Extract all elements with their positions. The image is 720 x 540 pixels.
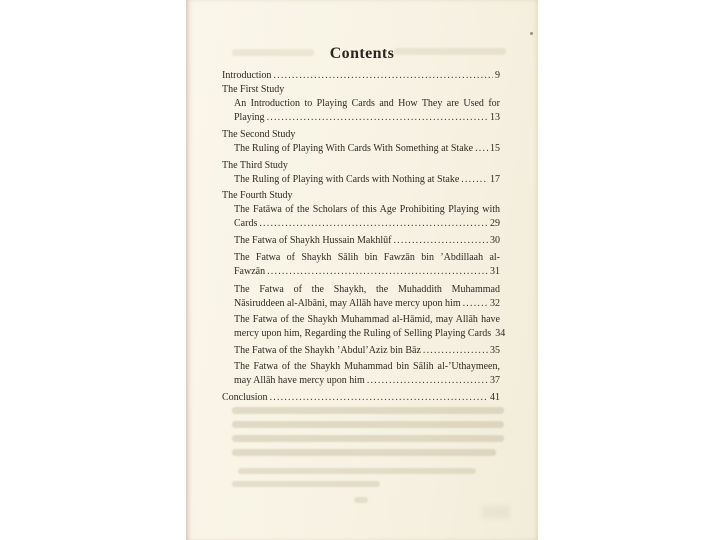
toc-line-albani: Nāsiruddeen al-Albāni, may Allāh have me… <box>222 297 500 311</box>
book-page: Contents Introduction 9 The First Study … <box>186 0 538 540</box>
toc-text: mercy upon him, Regarding the Ruling of … <box>234 327 491 341</box>
page-number: 17 <box>490 173 500 187</box>
scan-speck <box>530 32 533 35</box>
toc-text-wrap: An Introduction to Playing Cards and How… <box>222 97 500 111</box>
toc-text-wrap: The Fatwa of the Shaykh Muhammad bin Sāl… <box>222 360 500 374</box>
toc-line-makhluf: The Fatwa of Shaykh Hussain Makhlūf 30 <box>222 234 500 248</box>
dot-leader <box>367 374 488 388</box>
dot-leader <box>259 217 488 231</box>
ghost-text-line <box>232 481 380 487</box>
toc-text: Nāsiruddeen al-Albāni, may Allāh have me… <box>234 297 461 311</box>
ghost-text-line <box>232 435 504 442</box>
ghost-page-number <box>354 497 368 503</box>
page-number: 32 <box>490 297 500 311</box>
page-number: 9 <box>495 69 500 83</box>
page-number: 31 <box>490 265 500 279</box>
toc-text: The Ruling of Playing With Cards With So… <box>234 142 473 156</box>
toc-text: Fawzān <box>234 265 265 279</box>
toc-text: Conclusion <box>222 391 268 405</box>
page-number: 34 <box>495 327 505 341</box>
toc-heading-fourth-study: The Fourth Study <box>222 189 500 203</box>
toc-line-nothing-at-stake: The Ruling of Playing with Cards with No… <box>222 173 500 187</box>
toc-text: Introduction <box>222 69 271 83</box>
toc-heading-third-study: The Third Study <box>222 159 500 173</box>
toc-line-introduction: Introduction 9 <box>222 69 500 83</box>
toc-text-wrap: The Fatwa of the Shaykh Muhammad al-Hāmi… <box>222 313 500 327</box>
toc-line-fawzan: Fawzān 31 <box>222 265 500 279</box>
toc-line-conclusion: Conclusion 41 <box>222 391 500 405</box>
dot-leader <box>270 391 488 405</box>
dot-leader <box>267 265 488 279</box>
ghost-text-line <box>232 421 504 428</box>
ghost-text-line <box>232 449 496 456</box>
toc-text: The Fourth Study <box>222 189 293 203</box>
toc-line-something-at-stake: The Ruling of Playing With Cards With So… <box>222 142 500 156</box>
page-number: 30 <box>490 234 500 248</box>
toc-text: The Fatwa of Shaykh Hussain Makhlūf <box>234 234 391 248</box>
dot-leader <box>393 234 488 248</box>
toc-text: Cards <box>234 217 257 231</box>
dot-leader <box>475 142 488 156</box>
toc-line-playing: Playing 13 <box>222 111 500 125</box>
toc-text: Playing <box>234 111 265 125</box>
page-number: 15 <box>490 142 500 156</box>
dot-leader <box>267 111 488 125</box>
dot-leader <box>463 297 488 311</box>
toc-line-selling-cards: mercy upon him, Regarding the Ruling of … <box>222 327 500 341</box>
dot-leader <box>273 69 493 83</box>
table-of-contents: Introduction 9 The First Study An Introd… <box>222 69 500 405</box>
page-number: 35 <box>490 344 500 358</box>
toc-text: The Second Study <box>222 128 295 142</box>
ghost-text-line <box>238 468 476 474</box>
toc-line-bin-baz: The Fatwa of the Shaykh ’Abdul’Aziz bin … <box>222 344 500 358</box>
toc-text-wrap: The Fatāwa of the Scholars of this Age P… <box>222 203 500 217</box>
toc-text-wrap: The Fatwa of the Shaykh, the Muhaddith M… <box>222 283 500 297</box>
page-number: 41 <box>490 391 500 405</box>
toc-text: may Allāh have mercy upon him <box>234 374 365 388</box>
ghost-text-line <box>232 407 504 414</box>
toc-heading-first-study: The First Study <box>222 83 500 97</box>
toc-text: The Third Study <box>222 159 288 173</box>
page-number: 29 <box>490 217 500 231</box>
toc-heading-second-study: The Second Study <box>222 128 500 142</box>
toc-line-cards: Cards 29 <box>222 217 500 231</box>
scan-blotch <box>482 505 510 519</box>
toc-line-uthaymeen: may Allāh have mercy upon him 37 <box>222 374 500 388</box>
dot-leader <box>461 173 488 187</box>
page-number: 37 <box>490 374 500 388</box>
toc-text: The First Study <box>222 83 284 97</box>
toc-text: The Fatwa of the Shaykh ’Abdul’Aziz bin … <box>234 344 421 358</box>
toc-text: The Ruling of Playing with Cards with No… <box>234 173 459 187</box>
page-number: 13 <box>490 111 500 125</box>
page-title: Contents <box>186 45 538 63</box>
toc-text-wrap: The Fatwa of Shaykh Sālih bin Fawzān bin… <box>222 251 500 265</box>
dot-leader <box>423 344 488 358</box>
